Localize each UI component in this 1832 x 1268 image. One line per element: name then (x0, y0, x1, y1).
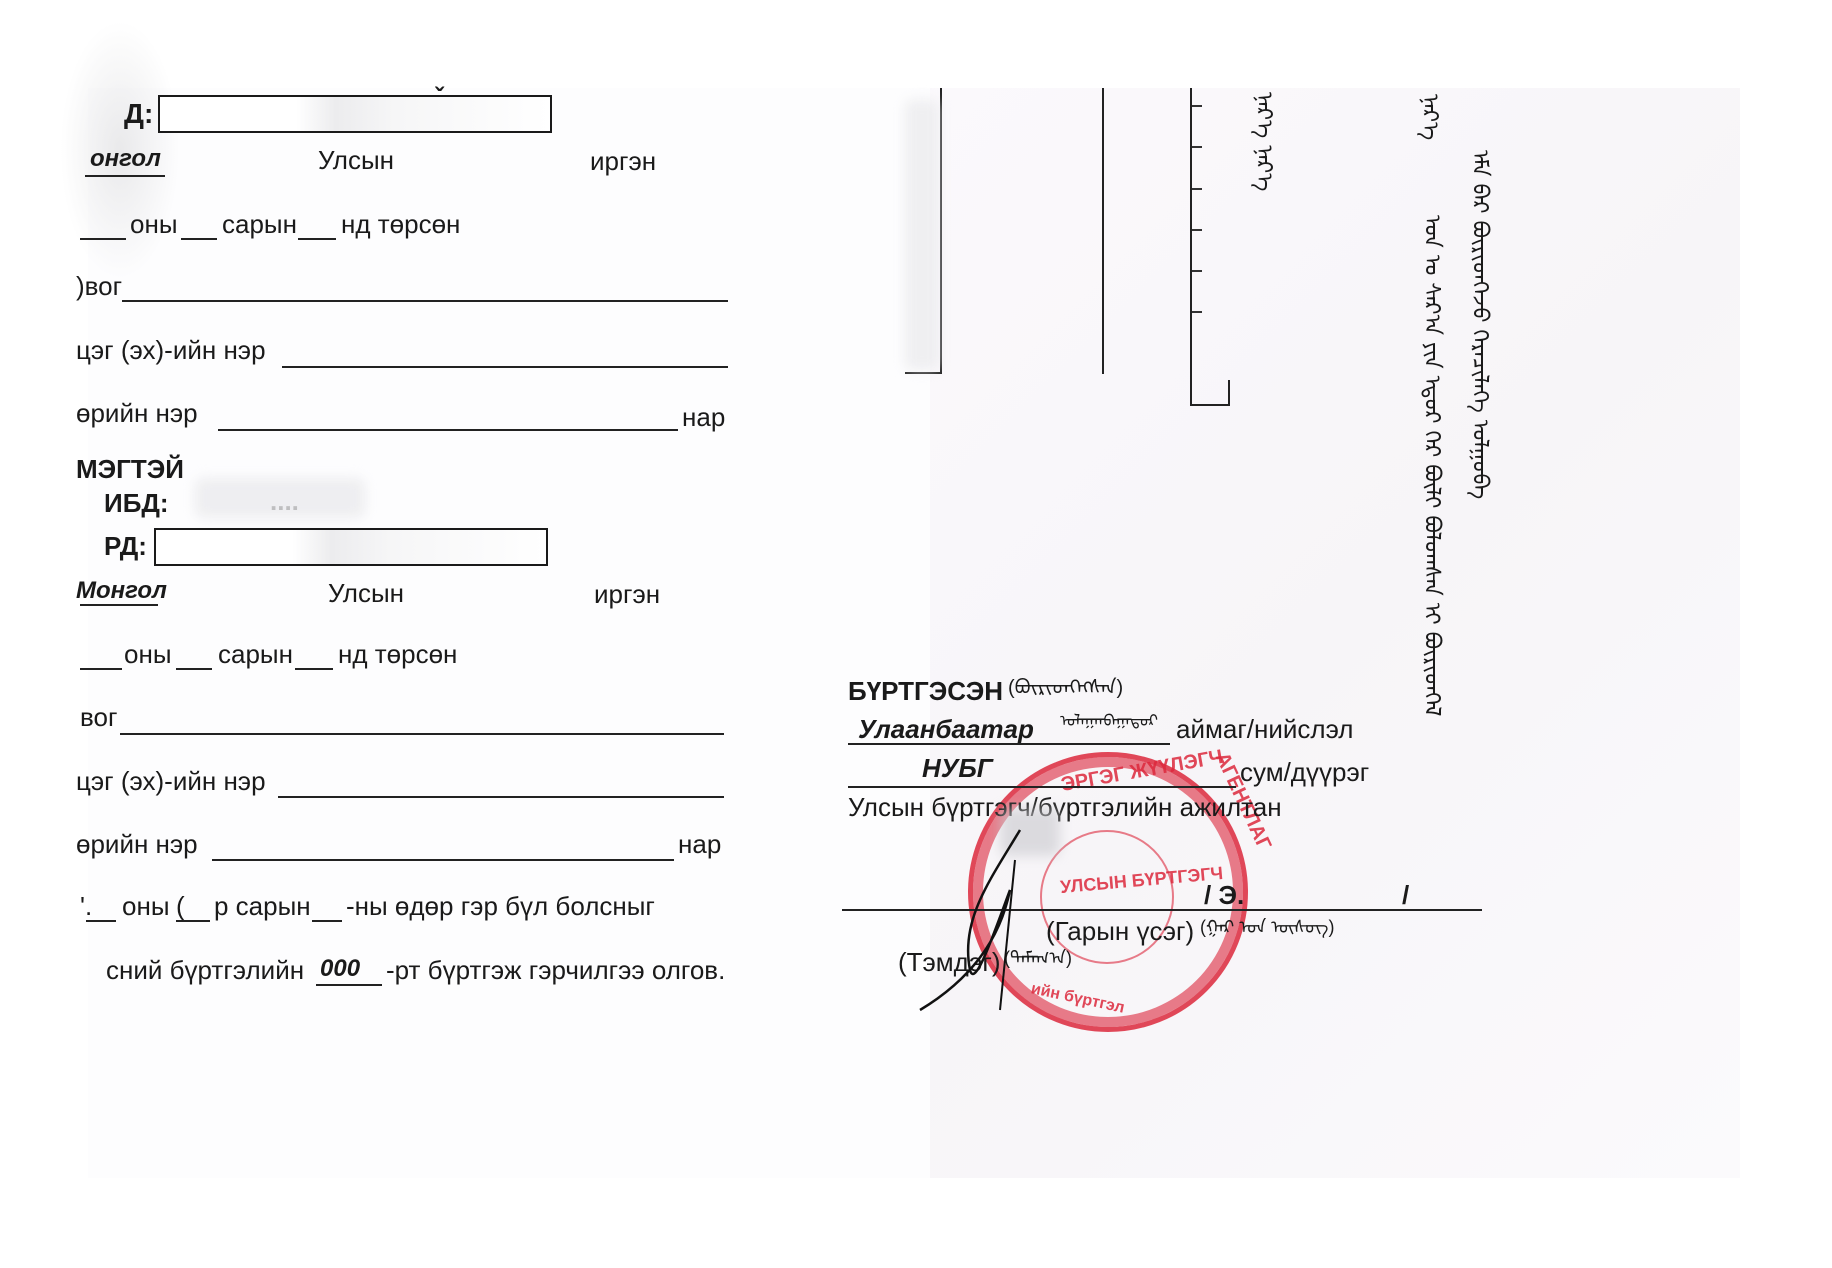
registry-prefix: сний бүртгэлийн (106, 957, 304, 983)
birth-day-blank (298, 238, 336, 240)
person1-birth-day-suffix: нд төрсөн (341, 211, 460, 237)
signature-name-initial: / Э. (1204, 882, 1244, 908)
person1-citizenship-word1: Улсын (318, 147, 394, 173)
person1-rd-field (158, 95, 552, 133)
person2-clan-label: вог (80, 704, 117, 730)
person2-citizenship-country: Монгол (76, 579, 167, 603)
signature-caption: (Гарын үсэг) (1046, 918, 1194, 944)
marriage-year-prefix: '. (80, 893, 92, 919)
person1-clan-line (122, 300, 728, 302)
frame-tick (1192, 229, 1202, 231)
person1-own-name-line (218, 429, 678, 431)
city-mongol: ᠤᠯᠠᠭᠠᠨᠪᠠᠭᠠᠲᠤᠷ (1060, 714, 1158, 730)
city-value: Улаанбаатар (858, 716, 1034, 742)
person2-clan-line (120, 733, 724, 735)
person1-birth-month-suffix: сарын (222, 211, 297, 237)
photo-frame-bottom (905, 372, 942, 374)
with-label: МЭГТЭЙ (76, 456, 184, 482)
redacted-ibd (195, 478, 365, 518)
birth-month-blank-2 (176, 668, 212, 670)
marriage-month-blank (176, 920, 210, 922)
person2-ibd-label: ИБД: (104, 490, 169, 516)
birth-month-blank (181, 238, 217, 240)
registry-suffix: -рт бүртгэж гэрчилгээ олгов. (386, 957, 725, 983)
person2-own-name-suffix: нар (678, 831, 721, 857)
district-value: НУБГ (922, 755, 993, 781)
person2-birth-month-suffix: сарын (218, 641, 293, 667)
person1-rd-label: Д: (124, 100, 153, 128)
person2-citizenship-word2: иргэн (594, 581, 660, 607)
frame-tick (1192, 146, 1202, 148)
district-line-2 (1080, 786, 1236, 788)
person1-citizenship-word2: иргэн (590, 148, 656, 174)
handwritten-signature (900, 820, 1040, 1020)
country-underline-2 (80, 604, 158, 606)
person1-birth-year-suffix: оны (130, 211, 178, 237)
country-underline (85, 175, 165, 177)
redacted-photo (905, 100, 939, 370)
birth-year-blank (80, 238, 126, 240)
person2-parent-label: цэг (эх)-ийн нэр (76, 768, 266, 794)
person1-clan-label: )вог (76, 273, 122, 299)
frame-tick (1192, 270, 1202, 272)
frame-tick (1192, 311, 1202, 313)
mongol-script-column-2: ᠨᠡᠷ᠎ᠡ (1410, 94, 1448, 140)
marriage-month-prefix: ( (176, 893, 185, 919)
person2-own-name-line (212, 859, 674, 861)
photo-frame-right-edge (940, 88, 942, 374)
birth-day-blank-2 (295, 668, 333, 670)
frame-tick (1192, 105, 1202, 107)
rd-mark: ˇ (435, 84, 444, 110)
person1-own-name-suffix: нар (682, 404, 725, 430)
mongol-script-column-4: ᠣᠨ ᠤ ᠰᠠᠷ᠎ᠠ ᠶᠢᠨ ᠡᠳᠦᠷ ᠭᠡᠷ ᠪᠦᠯᠢ ᠪᠣᠯᠤᠭᠰᠠᠨ ᠢ … (1412, 215, 1450, 716)
registry-number: 000 (320, 957, 360, 981)
photo-frame-left-edge (1102, 88, 1104, 374)
city-label: аймаг/нийслэл (1176, 716, 1353, 742)
photo-frame-2-right-edge (1228, 380, 1230, 406)
city-line (848, 743, 1170, 745)
person2-parent-line (278, 796, 724, 798)
signature-name-end: / (1402, 882, 1409, 908)
person2-own-name-label: өрийн нэр (76, 831, 198, 857)
registered-title: БҮРТГЭСЭН (848, 678, 1003, 704)
marriage-day-blank (312, 920, 342, 922)
registrar-label: Улсын бүртгэгч/бүртгэлийн ажилтан (848, 794, 1282, 820)
person2-birth-day-suffix: нд төрсөн (338, 641, 457, 667)
person2-citizenship-word1: Улсын (328, 580, 404, 606)
person1-parent-label: цэг (эх)-ийн нэр (76, 337, 266, 363)
person2-birth-year-suffix: оны (124, 641, 172, 667)
marriage-month-suffix: р сарын (214, 893, 311, 919)
marriage-year-suffix: оны (122, 893, 170, 919)
person2-rd-label: РД: (104, 533, 147, 559)
district-line-1 (848, 786, 1084, 788)
birth-year-blank-2 (80, 668, 122, 670)
person2-rd-field (154, 528, 548, 566)
registered-title-mongol: (ᠪᠦᠷᠢᠳᠬᠡᠭᠰᠡᠨ) (1008, 678, 1123, 698)
marriage-year-blank (86, 920, 116, 922)
mongol-script-column-3: ᠡᠮᠡ ᠪᠡᠷ ᠪᠦᠷᠢᠳᠬᠡᠵᠦ ᠭᠡᠷᠡᠴᠢᠯᠡᠭᠡ ᠣᠯᠭᠤᠪᠠ (1460, 150, 1498, 499)
photo-frame-2-left-edge (1190, 88, 1192, 406)
mongol-script-column-1: ᠨᠡᠷ᠎ᠡ ᠨᠡᠷ᠎ᠡ (1244, 92, 1282, 191)
district-label: сум/дүүрэг (1240, 759, 1369, 785)
person1-own-name-label: өрийн нэр (76, 400, 198, 426)
frame-tick (1192, 188, 1202, 190)
person1-parent-line (282, 366, 728, 368)
signature-caption-mongol: (ᠭᠠᠷ ᠤᠨ ᠦᠰᠦᠭ) (1200, 918, 1334, 936)
registry-number-line (316, 984, 382, 986)
person1-citizenship-country: онгол (90, 147, 161, 171)
photo-frame-2-bottom (1190, 404, 1230, 406)
marriage-day-suffix: -ны өдөр гэр бүл болсныг (346, 893, 655, 919)
